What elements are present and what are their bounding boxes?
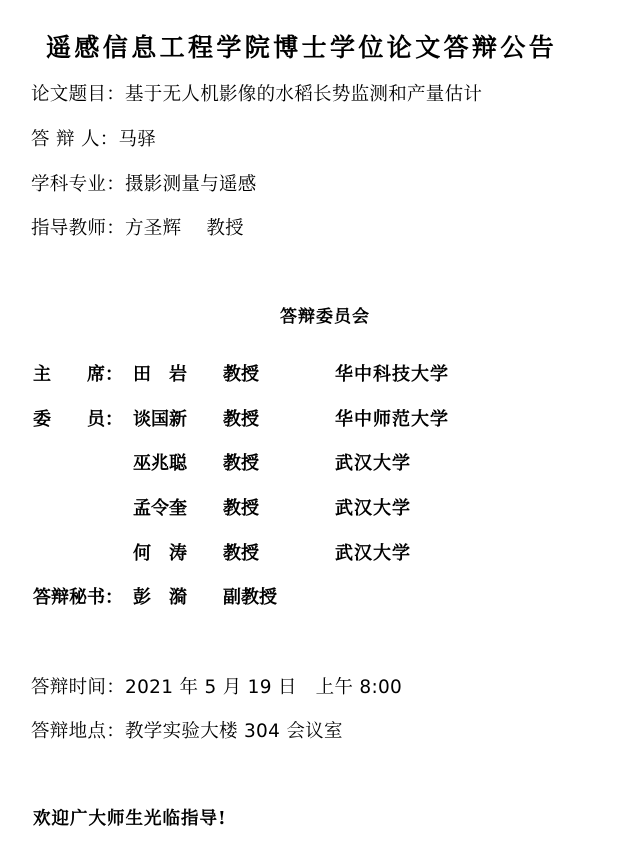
member-rank: 教授	[223, 405, 259, 431]
member-name: 巫兆聪	[133, 449, 187, 475]
member-name: 谈国新	[133, 405, 187, 431]
member-name: 彭 漪	[133, 583, 187, 609]
role-label: 委 员：	[33, 405, 128, 431]
member-rank: 教授	[223, 449, 259, 475]
page-title: 遥感信息工程学院博士学位论文答辩公告	[46, 28, 557, 64]
member-org: 武汉大学	[335, 539, 411, 565]
thesis-title: 论文题目：基于无人机影像的水稻长势监测和产量估计	[31, 80, 482, 106]
advisor: 指导教师：方圣辉 教授	[31, 214, 244, 240]
member-org: 华中科技大学	[335, 360, 449, 386]
role-label: 主 席：	[33, 360, 128, 386]
member-org: 华中师范大学	[335, 405, 449, 431]
member-rank: 教授	[223, 360, 259, 386]
member-org: 武汉大学	[335, 494, 411, 520]
member-name: 何 涛	[133, 539, 187, 565]
defense-time: 答辩时间：2021 年 5 月 19 日 上午 8:00	[31, 673, 402, 699]
member-rank: 教授	[223, 494, 259, 520]
member-org: 武汉大学	[335, 449, 411, 475]
major: 学科专业：摄影测量与遥感	[31, 170, 257, 196]
defender: 答 辩 人：马驿	[31, 125, 156, 151]
member-name: 田 岩	[133, 360, 187, 386]
role-label: 答辩秘书：	[33, 583, 128, 609]
defense-place: 答辩地点：教学实验大楼 304 会议室	[31, 717, 343, 743]
member-rank: 教授	[223, 539, 259, 565]
welcome-message: 欢迎广大师生光临指导!	[33, 805, 227, 830]
committee-heading: 答辩委员会	[280, 302, 370, 327]
member-name: 孟令奎	[133, 494, 187, 520]
member-rank: 副教授	[223, 583, 277, 609]
